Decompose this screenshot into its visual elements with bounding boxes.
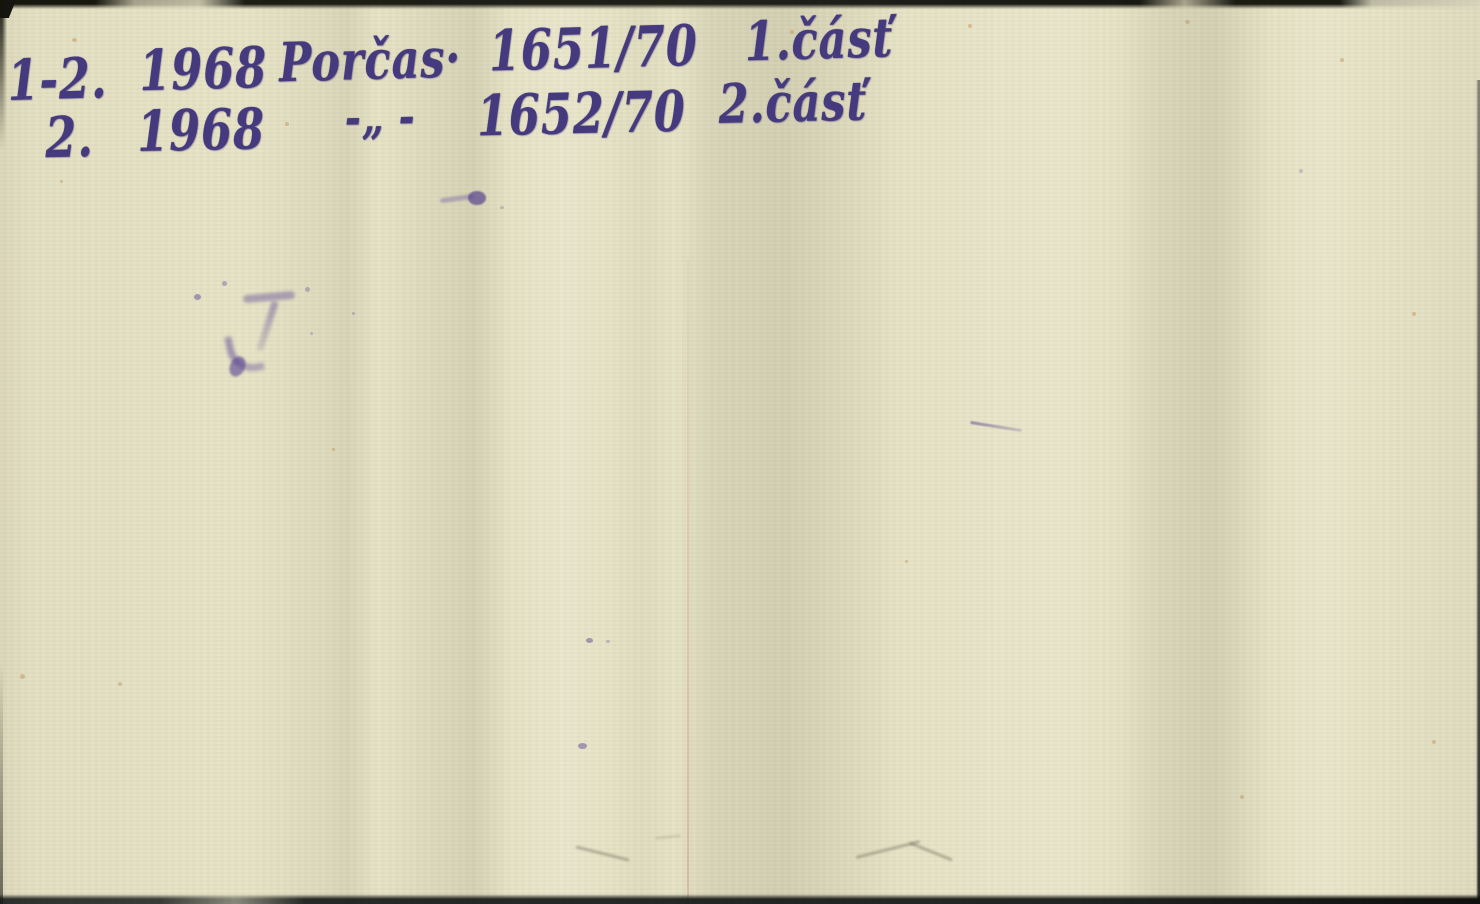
part-label: 1.čásť (744, 5, 894, 73)
scan-edge-corner (0, 0, 16, 18)
ink-smudge (256, 300, 279, 352)
foxing-speck (905, 560, 908, 563)
paper-crease (856, 840, 921, 859)
foxing-speck (118, 682, 122, 686)
pen-stroke (970, 421, 1022, 432)
ink-speck (222, 281, 227, 286)
scan-edge-bottom (0, 894, 1480, 904)
ink-speck (606, 640, 610, 643)
scanned-index-card: 1-2. 1968 Porčas· 1651/70 1.čásť 2. 1968… (0, 0, 1480, 904)
scan-edge-right (1476, 80, 1480, 904)
ink-speck (500, 206, 504, 209)
ink-smudge (224, 331, 264, 376)
foxing-speck (1240, 795, 1244, 799)
reference-number: 1652/70 (476, 79, 686, 150)
foxing-speck (1185, 20, 1190, 24)
ink-speck (305, 287, 310, 292)
ink-speck (586, 638, 593, 643)
scan-edge-top (0, 0, 1480, 9)
paper-crease (909, 841, 953, 861)
ditto-mark: -„ - (344, 89, 416, 147)
scan-edge-left (0, 660, 3, 904)
part-label: 2.čásť (718, 68, 868, 135)
paper-crease (575, 845, 629, 861)
ink-smudge (226, 354, 248, 379)
ink-smudge (243, 291, 295, 304)
ink-speck (578, 743, 587, 749)
ink-speck (352, 312, 355, 315)
foxing-speck (1340, 58, 1344, 62)
foxing-speck (332, 448, 335, 451)
foxing-speck (1412, 312, 1416, 316)
ink-speck (1299, 169, 1303, 173)
paper-crease (655, 835, 681, 840)
handwritten-row-2: 2. 1968 -„ - 1652/70 2.čásť (6, 66, 988, 198)
ink-speck (310, 332, 313, 335)
entry-number: 2. (44, 104, 94, 171)
foxing-speck (20, 674, 25, 679)
scanner-line (687, 260, 689, 904)
foxing-speck (1432, 740, 1436, 744)
ink-smudge (440, 194, 474, 204)
year: 1968 (136, 96, 265, 165)
ink-smudge (468, 191, 486, 205)
ink-speck (194, 294, 201, 300)
